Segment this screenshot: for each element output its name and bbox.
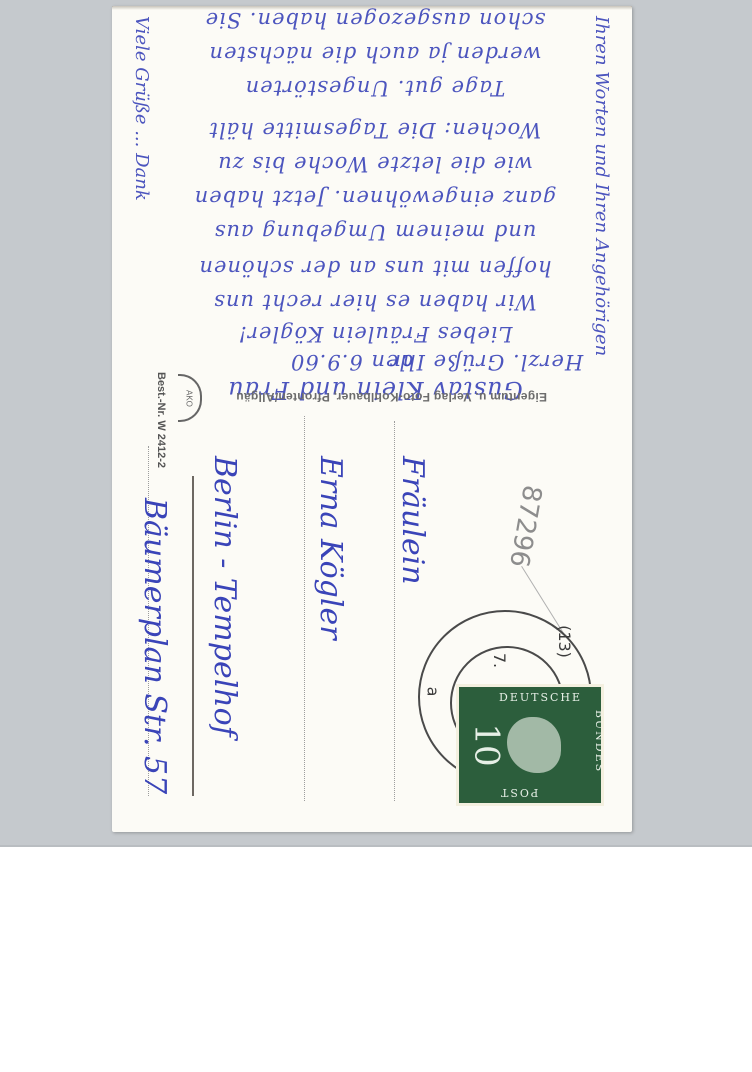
order-number: Best.-Nr. W 2412-2: [155, 372, 167, 468]
margin-note-left: Viele Grüße ... Dank: [131, 16, 152, 201]
message-line: Wir haben es hier recht uns: [140, 290, 610, 314]
postmark-date: 7.: [490, 653, 509, 668]
message-line: Liebes Fräulein Kögler!: [140, 322, 610, 346]
message-line: ganz eingewöhnen. Jetzt haben: [140, 186, 610, 210]
message-line: Tage gut. Ungestörten: [140, 76, 610, 100]
postmark-code: (13): [555, 625, 574, 658]
message-line: schon ausgezogen haben. Sie: [140, 8, 610, 32]
address-line: Fräulein: [395, 456, 430, 585]
publisher-imprint: Eigentum u. Verlag Foto-Kohlbauer, Pfron…: [236, 390, 547, 404]
stamp-face: 10 DEUTSCHE BUNDES POST: [459, 687, 601, 803]
order-number-value: W 2412-2: [155, 420, 167, 468]
message-line: und meinem Umgebung aus: [140, 220, 610, 244]
margin-note-right: Ihren Worten und Ihren Angehörigen: [591, 16, 612, 356]
postage-stamp: 10 DEUTSCHE BUNDES POST: [456, 684, 604, 806]
stamp-value: 10: [467, 723, 507, 766]
address-recipient: Erna Kögler: [313, 456, 348, 640]
stamp-portrait-icon: [507, 717, 561, 773]
stamp-text-bottom: POST: [499, 786, 538, 799]
postcard: schon ausgezogen haben. Sie werden ja au…: [112, 6, 632, 832]
postmark-letter: a: [423, 687, 442, 697]
message-address-divider: [192, 476, 194, 796]
address-city: Berlin - Tempelhof: [207, 456, 242, 737]
handwritten-message: schon ausgezogen haben. Sie werden ja au…: [130, 6, 620, 404]
message-line: wie die letzte Woche bis zu: [140, 152, 610, 176]
message-line: hoffen mit uns an der schönen: [140, 256, 610, 280]
address-guide-line: [304, 416, 305, 801]
order-number-label: Best.-Nr.: [155, 372, 167, 417]
message-greeting: Herzl. Grüße Ihr: [390, 350, 583, 374]
stamp-text-top: DEUTSCHE: [499, 691, 582, 704]
message-line: Wochen: Die Tagesmitte hält: [140, 118, 610, 142]
stamp-text-right: BUNDES: [593, 710, 601, 773]
address-street: Bäumerplan Str. 57: [137, 498, 172, 794]
message-line: werden ja auch die nächsten: [140, 42, 610, 66]
pencil-note: 87296: [503, 483, 547, 570]
